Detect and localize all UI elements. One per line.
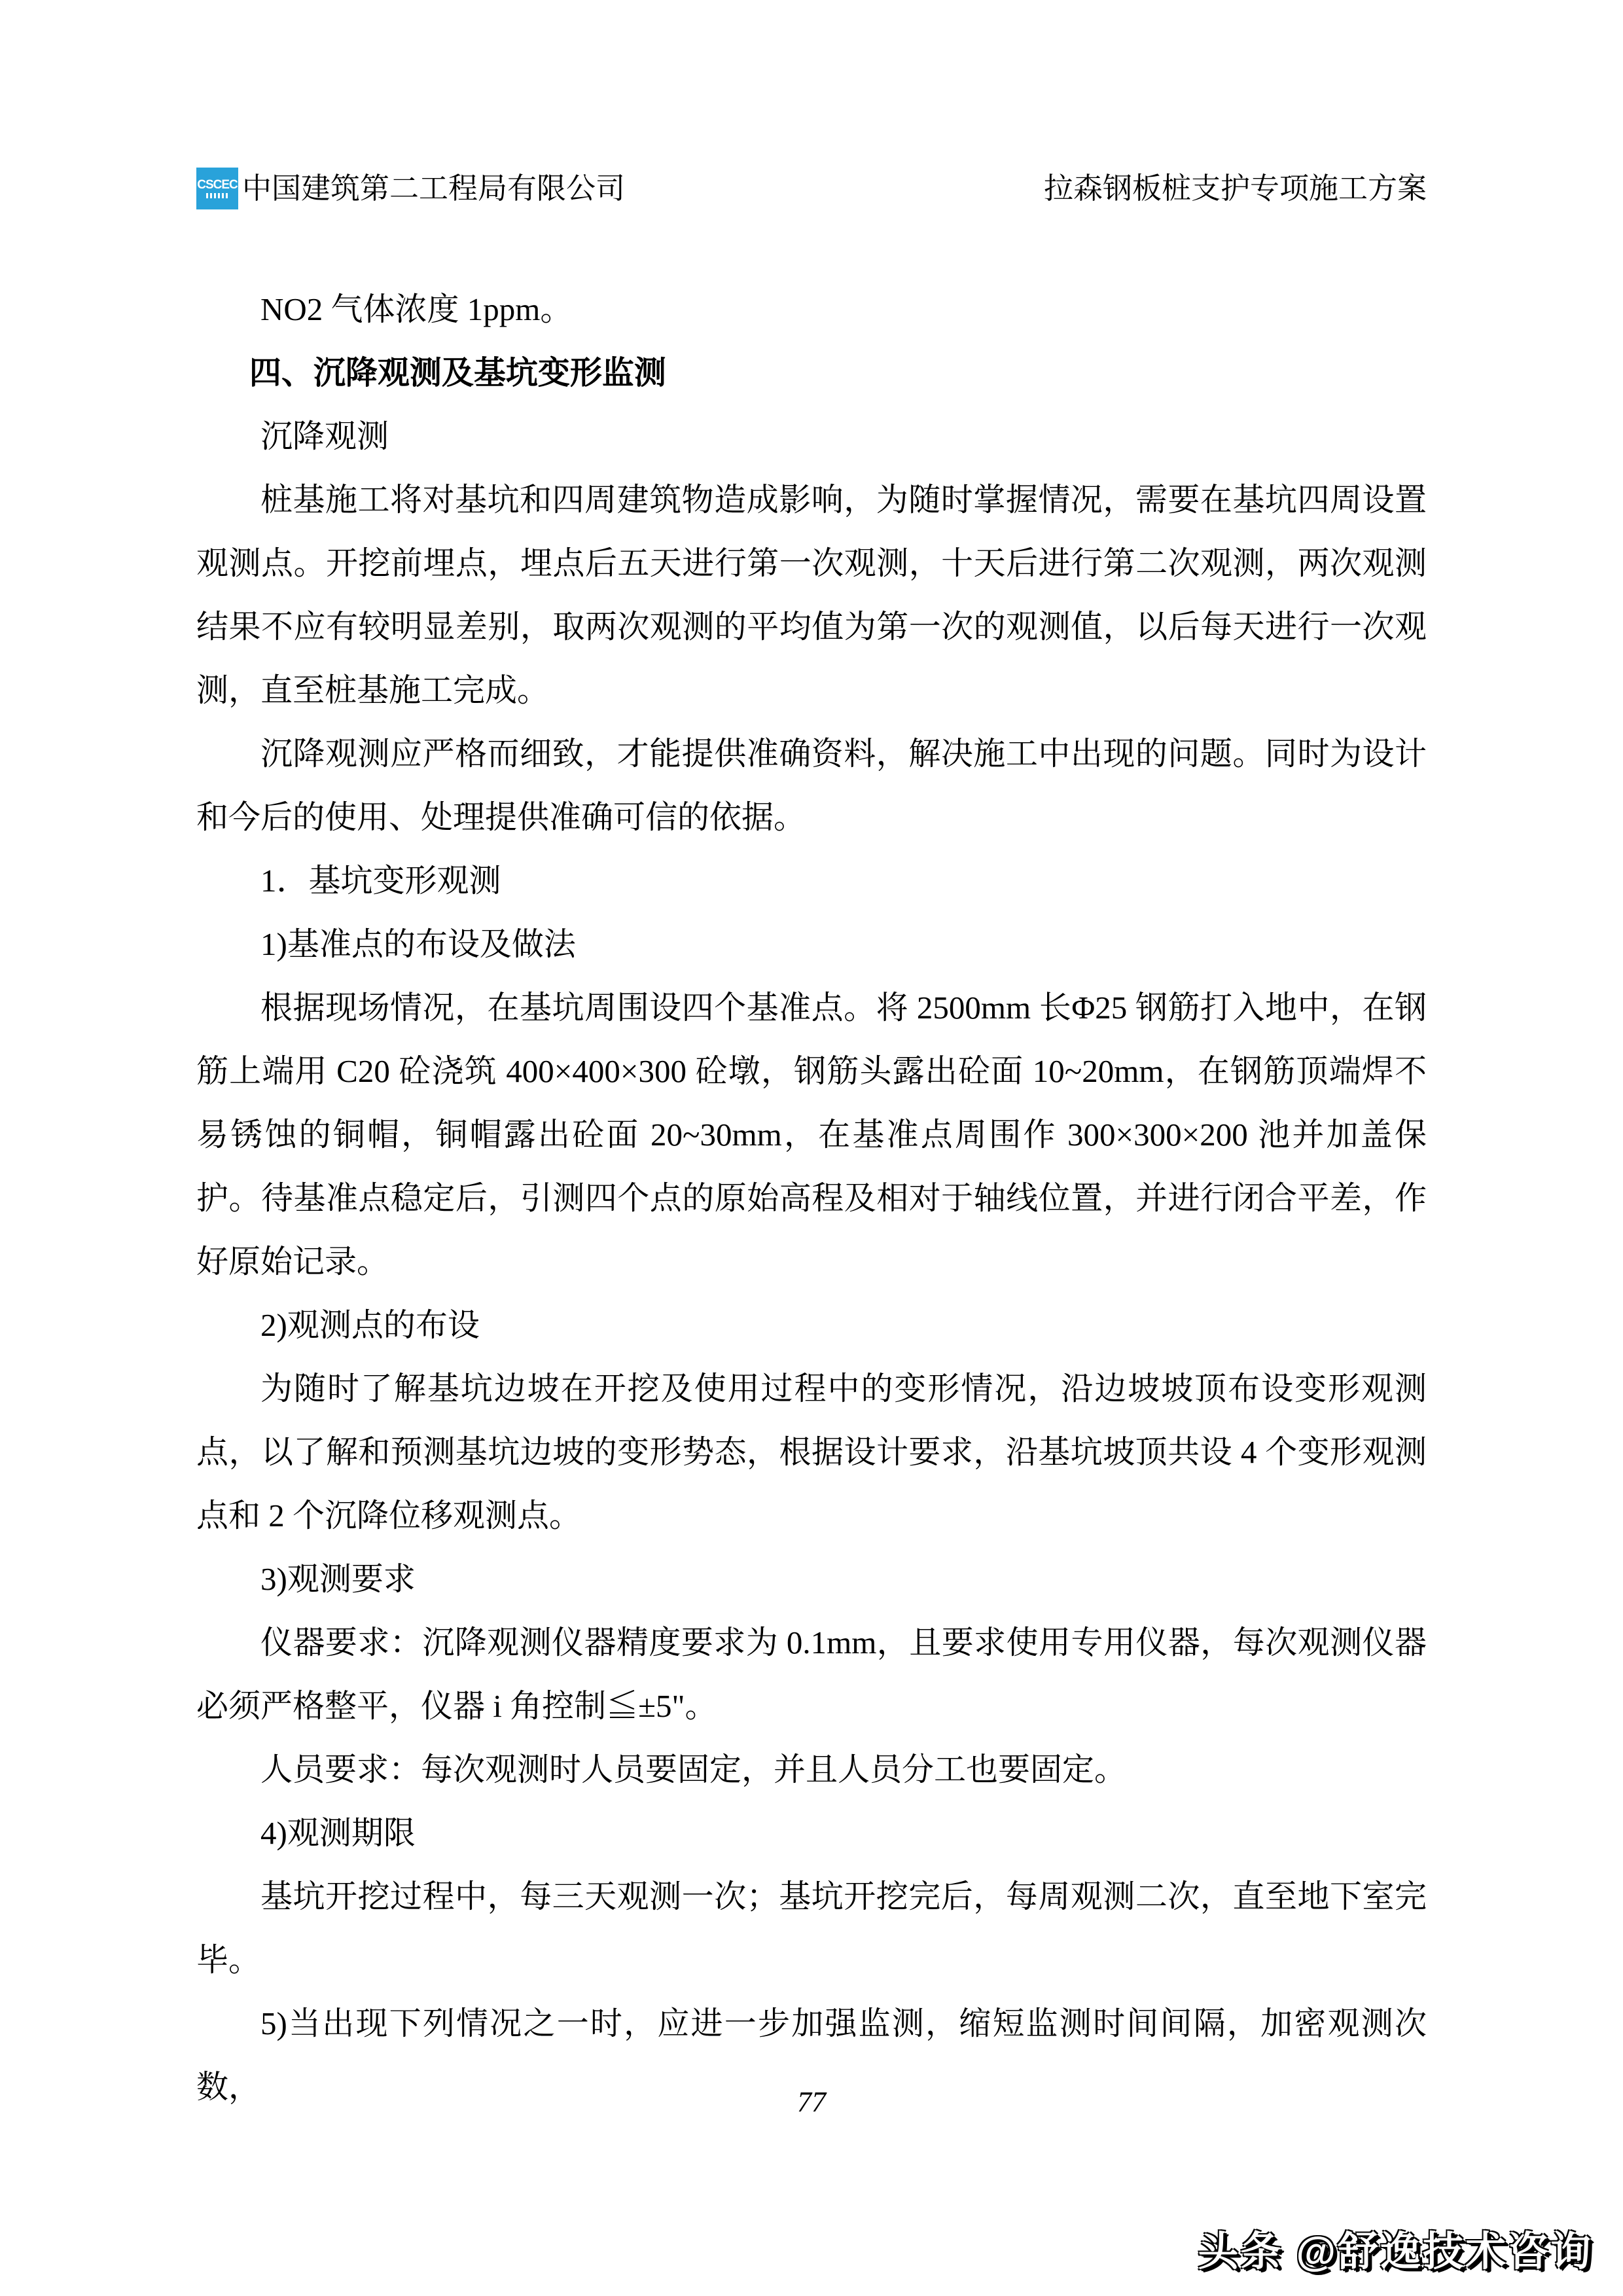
- paragraph: 仪器要求：沉降观测仪器精度要求为 0.1mm，且要求使用专用仪器，每次观测仪器必…: [196, 1611, 1427, 1738]
- toutiao-watermark: 头条 @舒逸技术咨询: [1198, 2219, 1593, 2277]
- header-company-block: CSCEC 中国建筑第二工程局有限公司: [196, 168, 625, 209]
- paragraph: 桩基施工将对基坑和四周建筑物造成影响，为随时掌握情况，需要在基坑四周设置观测点。…: [196, 468, 1427, 722]
- paragraph: 人员要求：每次观测时人员要固定，并且人员分工也要固定。: [196, 1738, 1427, 1801]
- cscec-logo-bars: [206, 193, 228, 198]
- paragraph: 为随时了解基坑边坡在开挖及使用过程中的变形情况，沿边坡坡顶布设变形观测点，以了解…: [196, 1357, 1427, 1547]
- paragraph: 基坑开挖过程中，每三天观测一次；基坑开挖完后，每周观测二次，直至地下室完毕。: [196, 1865, 1427, 1992]
- list-item-heading: 4)观测期限: [196, 1801, 1427, 1865]
- list-item-heading: 3)观测要求: [196, 1547, 1427, 1611]
- list-item-heading: 1)基准点的布设及做法: [196, 912, 1427, 976]
- document-body: NO2 气体浓度 1ppm。 四、沉降观测及基坑变形监测 沉降观测 桩基施工将对…: [196, 278, 1427, 2119]
- document-title: 拉森钢板桩支护专项施工方案: [1044, 174, 1427, 204]
- cscec-logo-icon: CSCEC: [196, 168, 238, 209]
- list-item-heading: 1．基坑变形观测: [196, 849, 1427, 912]
- company-name: 中国建筑第二工程局有限公司: [242, 174, 625, 204]
- page-number: 77: [0, 2085, 1623, 2120]
- paragraph: 根据现场情况，在基坑周围设四个基准点。将 2500mm 长Φ25 钢筋打入地中，…: [196, 976, 1427, 1293]
- cscec-logo-text: CSCEC: [197, 179, 238, 191]
- paragraph: 沉降观测应严格而细致，才能提供准确资料，解决施工中出现的问题。同时为设计和今后的…: [196, 722, 1427, 849]
- list-item-heading: 2)观测点的布设: [196, 1293, 1427, 1357]
- paragraph: NO2 气体浓度 1ppm。: [196, 278, 1427, 341]
- section-heading: 四、沉降观测及基坑变形监测: [196, 341, 1427, 404]
- document-page: CSCEC 中国建筑第二工程局有限公司 拉森钢板桩支护专项施工方案 NO2 气体…: [0, 0, 1623, 2296]
- paragraph: 沉降观测: [196, 404, 1427, 468]
- page-header: CSCEC 中国建筑第二工程局有限公司 拉森钢板桩支护专项施工方案: [196, 168, 1427, 209]
